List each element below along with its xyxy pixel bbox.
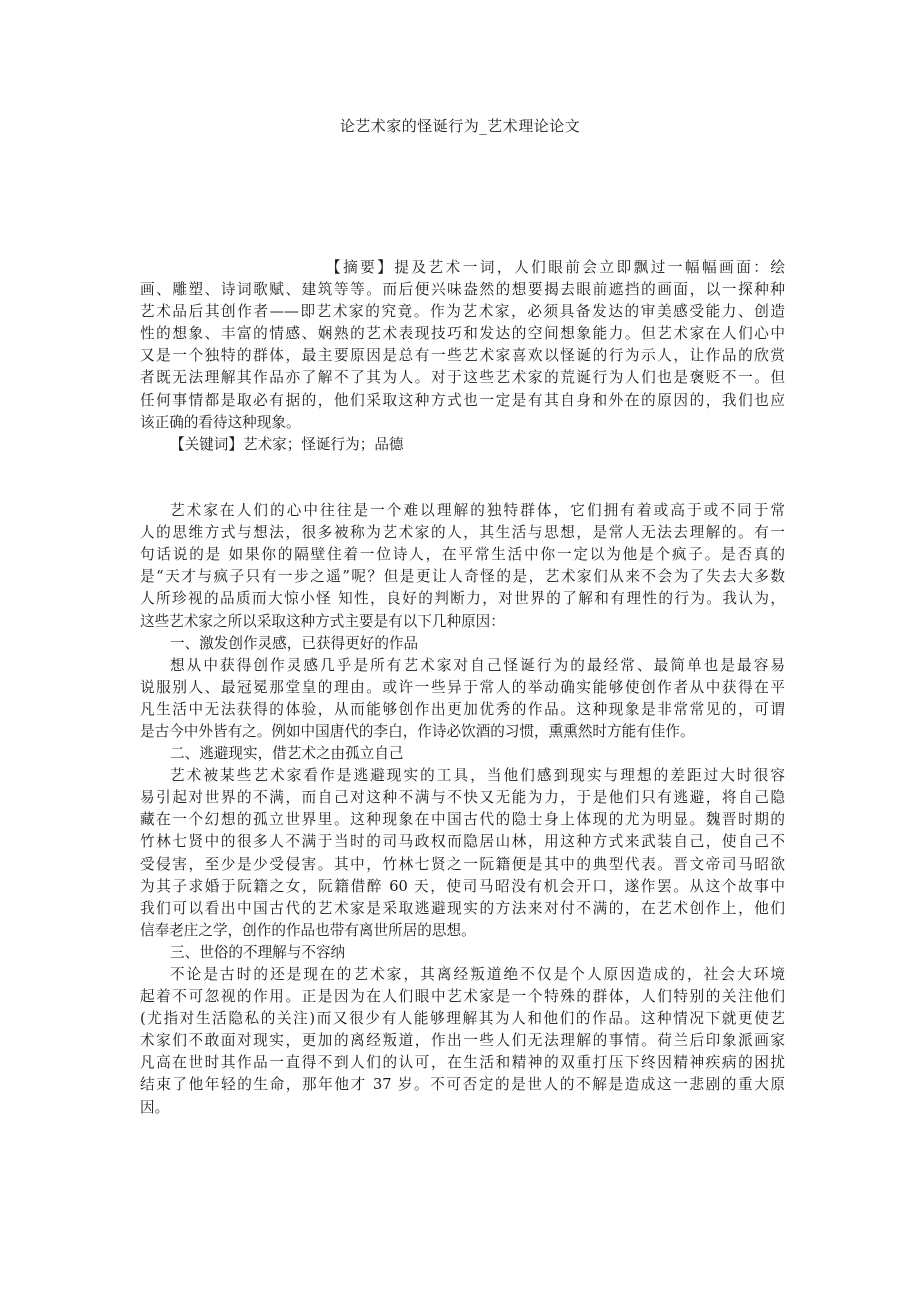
paragraph-line: 凡生活中无法获得的体验，从而能够创作出更加优秀的作品。这种现象是非常常见的，可谓 — [140, 699, 785, 721]
paragraph-line: 藏在一个幻想的孤立世界里。这种现象在中国古代的隐士身上体现的尤为明显。魏晋时期的 — [140, 809, 785, 831]
paragraph-line: 是“天才与疯子只有一步之遥”呢？但是更让人奇怪的是，艺术家们从来不会为了失去大多… — [140, 566, 785, 588]
paragraph-line: 易引起对世界的不满，而自己对这种不满与不快又无能为力，于是他们只有逃避，将自己隐 — [140, 787, 785, 809]
keywords: 【关键词】艺术家；怪诞行为；品德 — [140, 434, 785, 456]
section-heading: 一、激发创作灵感，已获得更好的作品 — [140, 633, 785, 655]
section-2: 二、逃避现实，借艺术之由孤立自己 艺术被某些艺术家看作是逃避现实的工具，当他们感… — [140, 743, 785, 942]
paragraph-line: 凡高在世时其作品一直得不到人们的认可，在生活和精神的双重打压下终因精神疾病的困扰 — [140, 1052, 785, 1074]
paragraph-line: 艺术被某些艺术家看作是逃避现实的工具，当他们感到现实与理想的差距过大时很容 — [140, 765, 785, 787]
paragraph-line: 起着不可忽视的作用。正是因为在人们眼中艺术家是一个特殊的群体，人们特别的关注他们 — [140, 986, 785, 1008]
paragraph-line: 是古今中外皆有之。例如中国唐代的李白，作诗必饮酒的习惯，熏熏然时方能有佳作。 — [140, 721, 785, 743]
spacer — [140, 478, 785, 500]
paragraph-line: 不论是古时的还是现在的艺术家，其离经叛道绝不仅是个人原因造成的，社会大环境 — [140, 964, 785, 986]
abstract-line: 艺术品后其创作者——即艺术家的究竟。作为艺术家，必须具备发达的审美感受能力、创造 — [140, 301, 785, 323]
paragraph-line: 我们可以看出中国古代的艺术家是采取逃避现实的方法来对付不满的，在艺术创作上，他们 — [140, 898, 785, 920]
paragraph-line: 这些艺术家之所以采取这种方式主要是有以下几种原因： — [140, 611, 785, 633]
intro-paragraph: 艺术家在人们的心中往往是一个难以理解的独特群体，它们拥有着或高于或不同于常 人的… — [140, 500, 785, 633]
abstract-line: 又是一个独特的群体，最主要原因是总有一些艺术家喜欢以怪诞的行为示人，让作品的欣赏 — [140, 345, 785, 367]
paragraph-line: 信奉老庄之学，创作的作品也带有离世所居的思想。 — [140, 920, 785, 942]
section-3: 三、世俗的不理解与不容纳 不论是古时的还是现在的艺术家，其离经叛道绝不仅是个人原… — [140, 942, 785, 1119]
section-heading: 二、逃避现实，借艺术之由孤立自己 — [140, 743, 785, 765]
paragraph-line: 人的思维方式与想法，很多被称为艺术家的人，其生活与思想，是常人无法去理解的。有一 — [140, 522, 785, 544]
section-1: 一、激发创作灵感，已获得更好的作品 想从中获得创作灵感几乎是所有艺术家对自己怪诞… — [140, 633, 785, 743]
paragraph-line: 受侵害，至少是少受侵害。其中，竹林七贤之一阮籍便是其中的典型代表。晋文帝司马昭欲 — [140, 854, 785, 876]
paragraph-line: 人所珍视的品质而大惊小怪 知性，良好的判断力，对世界的了解和有理性的行为。我认为… — [140, 588, 785, 610]
paragraph-line: 结束了他年轻的生命，那年他才 37 岁。不可否定的是世人的不解是造成这一悲剧的重… — [140, 1074, 785, 1096]
abstract-line: 性的想象、丰富的情感、娴熟的艺术表现技巧和发达的空间想象能力。但艺术家在人们心中 — [140, 323, 785, 345]
paragraph-line: 说服别人、最冠冕那堂皇的理由。或许一些异于常人的举动确实能够使创作者从中获得在平 — [140, 677, 785, 699]
spacer — [140, 456, 785, 478]
document-body: 【摘要】提及艺术一词，人们眼前会立即飘过一幅幅画面：绘 画、雕塑、诗词歌赋、建筑… — [140, 257, 785, 1119]
abstract-line: 【摘要】提及艺术一词，人们眼前会立即飘过一幅幅画面：绘 — [140, 257, 785, 279]
abstract: 【摘要】提及艺术一词，人们眼前会立即飘过一幅幅画面：绘 画、雕塑、诗词歌赋、建筑… — [140, 257, 785, 434]
paragraph-line: 想从中获得创作灵感几乎是所有艺术家对自己怪诞行为的最经常、最简单也是最容易 — [140, 655, 785, 677]
abstract-line: 者既无法理解其作品亦了解不了其为人。对于这些艺术家的荒诞行为人们也是褒贬不一。但 — [140, 367, 785, 389]
paragraph-line: 竹林七贤中的很多人不满于当时的司马政权而隐居山林，用这种方式来武装自己，使自己不 — [140, 831, 785, 853]
paragraph-line: 艺术家在人们的心中往往是一个难以理解的独特群体，它们拥有着或高于或不同于常 — [140, 500, 785, 522]
paragraph-line: 为其子求婚于阮籍之女，阮籍借醉 60 天，使司马昭没有机会开口，遂作罢。从这个故… — [140, 876, 785, 898]
document-title: 论艺术家的怪诞行为_艺术理论论文 — [0, 115, 920, 136]
paragraph-line: 术家们不敢面对现实，更加的离经叛道，作出一些人们无法理解的事情。荷兰后印象派画家 — [140, 1030, 785, 1052]
paragraph-line: (尤指对生活隐私的关注)而又很少有人能够理解其为人和他们的作品。这种情况下就更使… — [140, 1008, 785, 1030]
section-heading: 三、世俗的不理解与不容纳 — [140, 942, 785, 964]
abstract-line: 任何事情都是取必有据的，他们采取这种方式也一定是有其自身和外在的原因的，我们也应 — [140, 390, 785, 412]
abstract-line: 该正确的看待这种现象。 — [140, 412, 785, 434]
abstract-line: 画、雕塑、诗词歌赋、建筑等等。而后便兴味盎然的想要揭去眼前遮挡的画面，以一探种种 — [140, 279, 785, 301]
paragraph-line: 因。 — [140, 1097, 785, 1119]
paragraph-line: 句话说的是 如果你的隔壁住着一位诗人，在平常生活中你一定以为他是个疯子。是否真的 — [140, 544, 785, 566]
